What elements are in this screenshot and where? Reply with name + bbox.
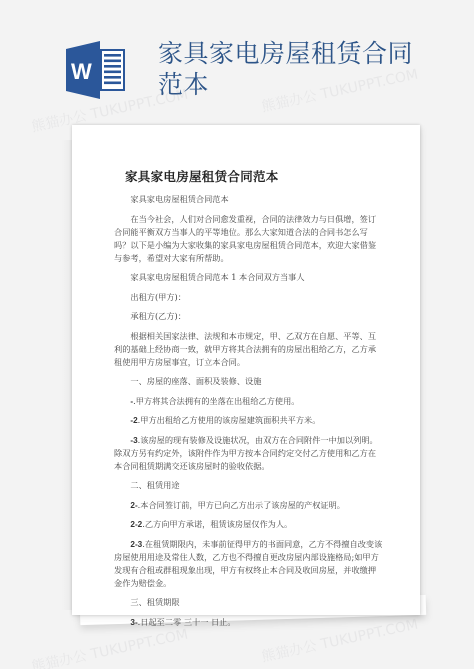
paragraph-text: .在租赁期限内，未事前征得甲方的书面同意，乙方不得擅自改变该房屋使用用途及常住人… [114,539,382,588]
paragraph-text: 根据相关国家法律、法规和本市规定，甲、乙双方在自愿、平等、互利的基础上经协商一致… [114,331,376,367]
document-paragraph: 二、租赁用途 [114,479,384,492]
paragraph-text: 在当今社会，人们对合同愈发重视，合同的法律效力与日俱增，签订合同能平衡双方当事人… [114,214,376,263]
document-paragraph: -3.该房屋的现有装修及设施状况，由双方在合同附件一中加以列明。除双方另有约定外… [114,434,384,473]
paragraph-text: 家具家电房屋租赁合同范本 1 本合同双方当事人 [130,272,304,282]
document-paragraph: 出租方(甲方)： [114,291,384,304]
page-title: 家具家电房屋租赁合同 范本 [158,38,418,100]
document-paragraph: 2-.本合同签订前，甲方已向乙方出示了该房屋的产权证明。 [114,499,384,512]
paragraph-text: 三、租赁期限 [130,597,179,607]
document-page: 家具家电房屋租赁合同范本 家具家电房屋租赁合同范本在当今社会，人们对合同愈发重视… [72,125,420,615]
paragraph-text: .日起至二零 三十一 日止。 [138,617,236,627]
svg-text:W: W [71,59,92,84]
paragraph-text: .甲方将其合法拥有的坐落在出租给乙方使用。 [133,396,299,406]
document-body: 家具家电房屋租赁合同范本在当今社会，人们对合同愈发重视，合同的法律效力与日俱增，… [114,193,384,635]
title-line-2: 范本 [158,69,418,100]
paragraph-text: .本合同签订前，甲方已向乙方出示了该房屋的产权证明。 [138,500,345,510]
clause-number: 3- [130,618,137,627]
header: W 家具家电房屋租赁合同 范本 [0,0,474,120]
paragraph-text: .乙方向甲方承诺，租赁该房屋仅作为人。 [142,519,292,529]
document-paragraph: -2.甲方出租给乙方使用的该房屋建筑面积共平方米。 [114,414,384,427]
clause-number: 2-2 [130,520,142,529]
document-title: 家具家电房屋租赁合同范本 [125,167,279,185]
document-paragraph: 根据相关国家法律、法规和本市规定，甲、乙双方在自愿、平等、互利的基础上经协商一致… [114,330,384,369]
clause-number: -2 [130,416,137,425]
document-paragraph: 2-3.在租赁期限内，未事前征得甲方的书面同意，乙方不得擅自改变该房屋使用用途及… [114,538,384,590]
document-paragraph: 承租方(乙方)： [114,310,384,323]
word-document-icon: W [66,41,126,99]
paragraph-text: .甲方出租给乙方使用的该房屋建筑面积共平方米。 [138,415,321,425]
document-paragraph: 3-.日起至二零 三十一 日止。 [114,616,384,629]
paragraph-text: .该房屋的现有装修及设施状况，由双方在合同附件一中加以列明。除双方另有约定外，该… [114,435,378,471]
paragraph-text: 出租方(甲方)： [130,292,186,302]
document-paragraph: 2-2.乙方向甲方承诺，租赁该房屋仅作为人。 [114,518,384,531]
document-paragraph: 一、房屋的座落、面积及装修、设施 [114,375,384,388]
paragraph-text: 承租方(乙方)： [130,311,186,321]
document-paragraph: 家具家电房屋租赁合同范本 1 本合同双方当事人 [114,271,384,284]
document-paragraph: -.甲方将其合法拥有的坐落在出租给乙方使用。 [114,395,384,408]
document-paragraph: 三、租赁期限 [114,596,384,609]
document-paragraph: 在当今社会，人们对合同愈发重视，合同的法律效力与日俱增，签订合同能平衡双方当事人… [114,213,384,265]
paragraph-text: 一、房屋的座落、面积及装修、设施 [130,376,261,386]
title-line-1: 家具家电房屋租赁合同 [158,38,418,69]
paragraph-text: 家具家电房屋租赁合同范本 [130,194,228,204]
clause-number: -3 [130,436,137,445]
clause-number: 2-3 [130,540,142,549]
clause-number: 2- [130,501,137,510]
paragraph-text: 二、租赁用途 [130,480,179,490]
document-paragraph: 家具家电房屋租赁合同范本 [114,193,384,206]
